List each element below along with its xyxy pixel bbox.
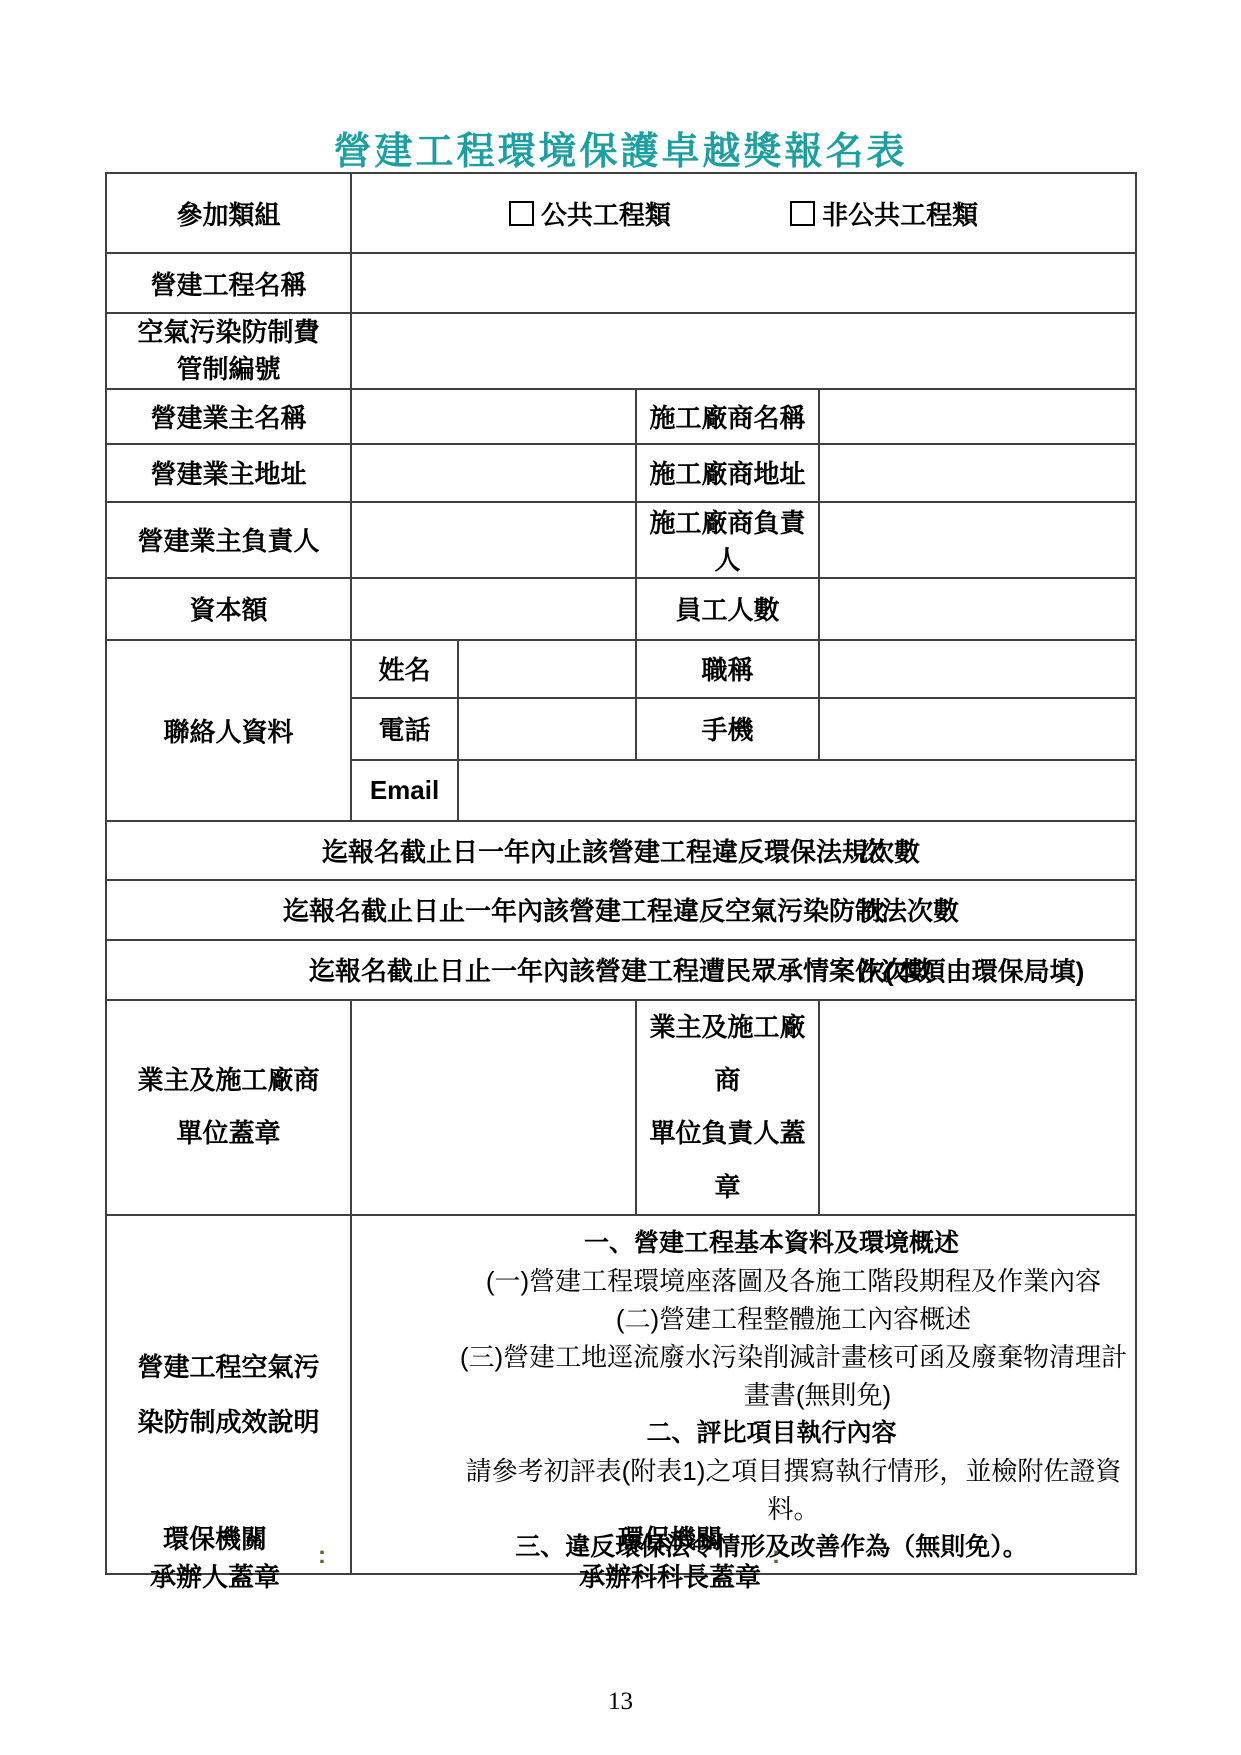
owner-name-field[interactable]: [351, 389, 636, 444]
contact-phone-field[interactable]: [458, 698, 636, 760]
representative-seal-area[interactable]: [819, 1000, 1136, 1215]
violation-petition-row: 迄報名截止日止一年內該營建工程遭民眾承情案件次數 次(本項由環保局填): [106, 940, 1136, 1000]
contact-phone-label: 電話: [351, 698, 458, 760]
table-row: 營建業主地址 施工廠商地址: [106, 444, 1136, 502]
apc-fee-number-label: 空氣污染防制費 管制編號: [106, 313, 351, 389]
form-page: 營建工程環境保護卓越獎報名表 參加類組 公共工程類 非公共工程類 營建工程名稱 …: [0, 0, 1241, 1755]
apc-fee-number-field[interactable]: [351, 313, 1136, 389]
contractor-address-label: 施工廠商地址: [636, 444, 819, 502]
violation-petition-unit: 次(本項由環保局填): [859, 951, 1084, 988]
contact-title-field[interactable]: [819, 640, 1136, 698]
contractor-representative-label: 施工廠商負責人: [636, 502, 819, 578]
agency-staff-seal-label: 環保機關 承辦人蓋章: [95, 1520, 335, 1596]
capital-field[interactable]: [351, 578, 636, 640]
desc-item-1: 一、營建工程基本資料及環境概述: [352, 1224, 1135, 1262]
desc-item-3: (二)營建工程整體施工內容概述: [352, 1300, 1135, 1338]
table-row: 迄報名截止日止一年內該營建工程遭民眾承情案件次數 次(本項由環保局填): [106, 940, 1136, 1000]
category-options-cell: 公共工程類 非公共工程類: [351, 173, 1136, 253]
unit-seal-area[interactable]: [351, 1000, 636, 1215]
contractor-address-field[interactable]: [819, 444, 1136, 502]
contractor-name-field[interactable]: [819, 389, 1136, 444]
registration-form-table: 參加類組 公共工程類 非公共工程類 營建工程名稱 空氣污染防制費 管制編號 營建…: [105, 172, 1137, 1575]
contact-name-label: 姓名: [351, 640, 458, 698]
project-name-field[interactable]: [351, 253, 1136, 313]
violation-epa-text: 迄報名截止日一年內止該營建工程違反環保法規次數: [322, 837, 920, 867]
table-row: 營建工程名稱: [106, 253, 1136, 313]
page-title: 營建工程環境保護卓越獎報名表: [0, 120, 1241, 175]
category-label: 參加類組: [106, 173, 351, 253]
public-works-label: 公共工程類: [541, 200, 671, 230]
owner-name-label: 營建業主名稱: [106, 389, 351, 444]
owner-representative-label: 營建業主負責人: [106, 502, 351, 578]
public-works-option[interactable]: 公共工程類: [509, 195, 671, 232]
violation-apc-unit: 次: [859, 891, 885, 928]
owner-representative-field[interactable]: [351, 502, 636, 578]
non-public-works-option[interactable]: 非公共工程類: [790, 195, 978, 232]
owner-address-field[interactable]: [351, 444, 636, 502]
desc-item-6: 請參考初評表(附表1)之項目撰寫執行情形，並檢附佐證資料。: [352, 1452, 1135, 1528]
contact-email-field[interactable]: [458, 760, 1136, 821]
table-row: 空氣污染防制費 管制編號: [106, 313, 1136, 389]
violation-petition-text: 迄報名截止日止一年內該營建工程遭民眾承情案件次數: [309, 956, 933, 986]
representative-seal-label: 業主及施工廠商 單位負責人蓋章: [636, 1000, 819, 1215]
employee-count-field[interactable]: [819, 578, 1136, 640]
desc-item-5: 二、評比項目執行內容: [352, 1414, 1135, 1452]
agency-chief-seal-colon: :: [772, 1542, 780, 1570]
contact-name-field[interactable]: [458, 640, 636, 698]
unit-seal-label: 業主及施工廠商 單位蓋章: [106, 1000, 351, 1215]
contact-mobile-label: 手機: [636, 698, 819, 760]
non-public-works-label: 非公共工程類: [822, 200, 978, 230]
contact-mobile-field[interactable]: [819, 698, 1136, 760]
table-row: 營建業主負責人 施工廠商負責人: [106, 502, 1136, 578]
contact-email-label: Email: [351, 760, 458, 821]
table-row: 業主及施工廠商 單位蓋章 業主及施工廠商 單位負責人蓋章: [106, 1000, 1136, 1215]
employee-count-label: 員工人數: [636, 578, 819, 640]
agency-chief-seal-label: 環保機關 承辦科科長蓋章: [505, 1520, 835, 1596]
violation-apc-text: 迄報名截止日止一年內該營建工程違反空氣污染防制法次數: [283, 896, 959, 926]
contact-title-label: 職稱: [636, 640, 819, 698]
checkbox-public-works[interactable]: [509, 201, 534, 226]
contact-info-label: 聯絡人資料: [106, 640, 351, 821]
project-name-label: 營建工程名稱: [106, 253, 351, 313]
violation-apc-row: 迄報名截止日止一年內該營建工程違反空氣污染防制法次數 次: [106, 880, 1136, 940]
checkbox-non-public-works[interactable]: [790, 201, 815, 226]
table-row: 資本額 員工人數: [106, 578, 1136, 640]
violation-epa-unit: 次: [859, 832, 885, 869]
contractor-representative-field[interactable]: [819, 502, 1136, 578]
agency-staff-seal-colon: :: [318, 1542, 326, 1570]
owner-address-label: 營建業主地址: [106, 444, 351, 502]
contractor-name-label: 施工廠商名稱: [636, 389, 819, 444]
desc-item-4: (三)營建工地逕流廢水污染削減計畫核可函及廢棄物清理計畫書(無則免): [352, 1338, 1135, 1414]
table-row: 參加類組 公共工程類 非公共工程類: [106, 173, 1136, 253]
page-number: 13: [0, 1688, 1241, 1716]
capital-label: 資本額: [106, 578, 351, 640]
table-row: 迄報名截止日一年內止該營建工程違反環保法規次數 次: [106, 821, 1136, 880]
violation-epa-row: 迄報名截止日一年內止該營建工程違反環保法規次數 次: [106, 821, 1136, 880]
desc-item-2: (一)營建工程環境座落圖及各施工階段期程及作業內容: [352, 1262, 1135, 1300]
table-row: 迄報名截止日止一年內該營建工程違反空氣污染防制法次數 次: [106, 880, 1136, 940]
table-row: 聯絡人資料 姓名 職稱: [106, 640, 1136, 698]
table-row: 營建業主名稱 施工廠商名稱: [106, 389, 1136, 444]
